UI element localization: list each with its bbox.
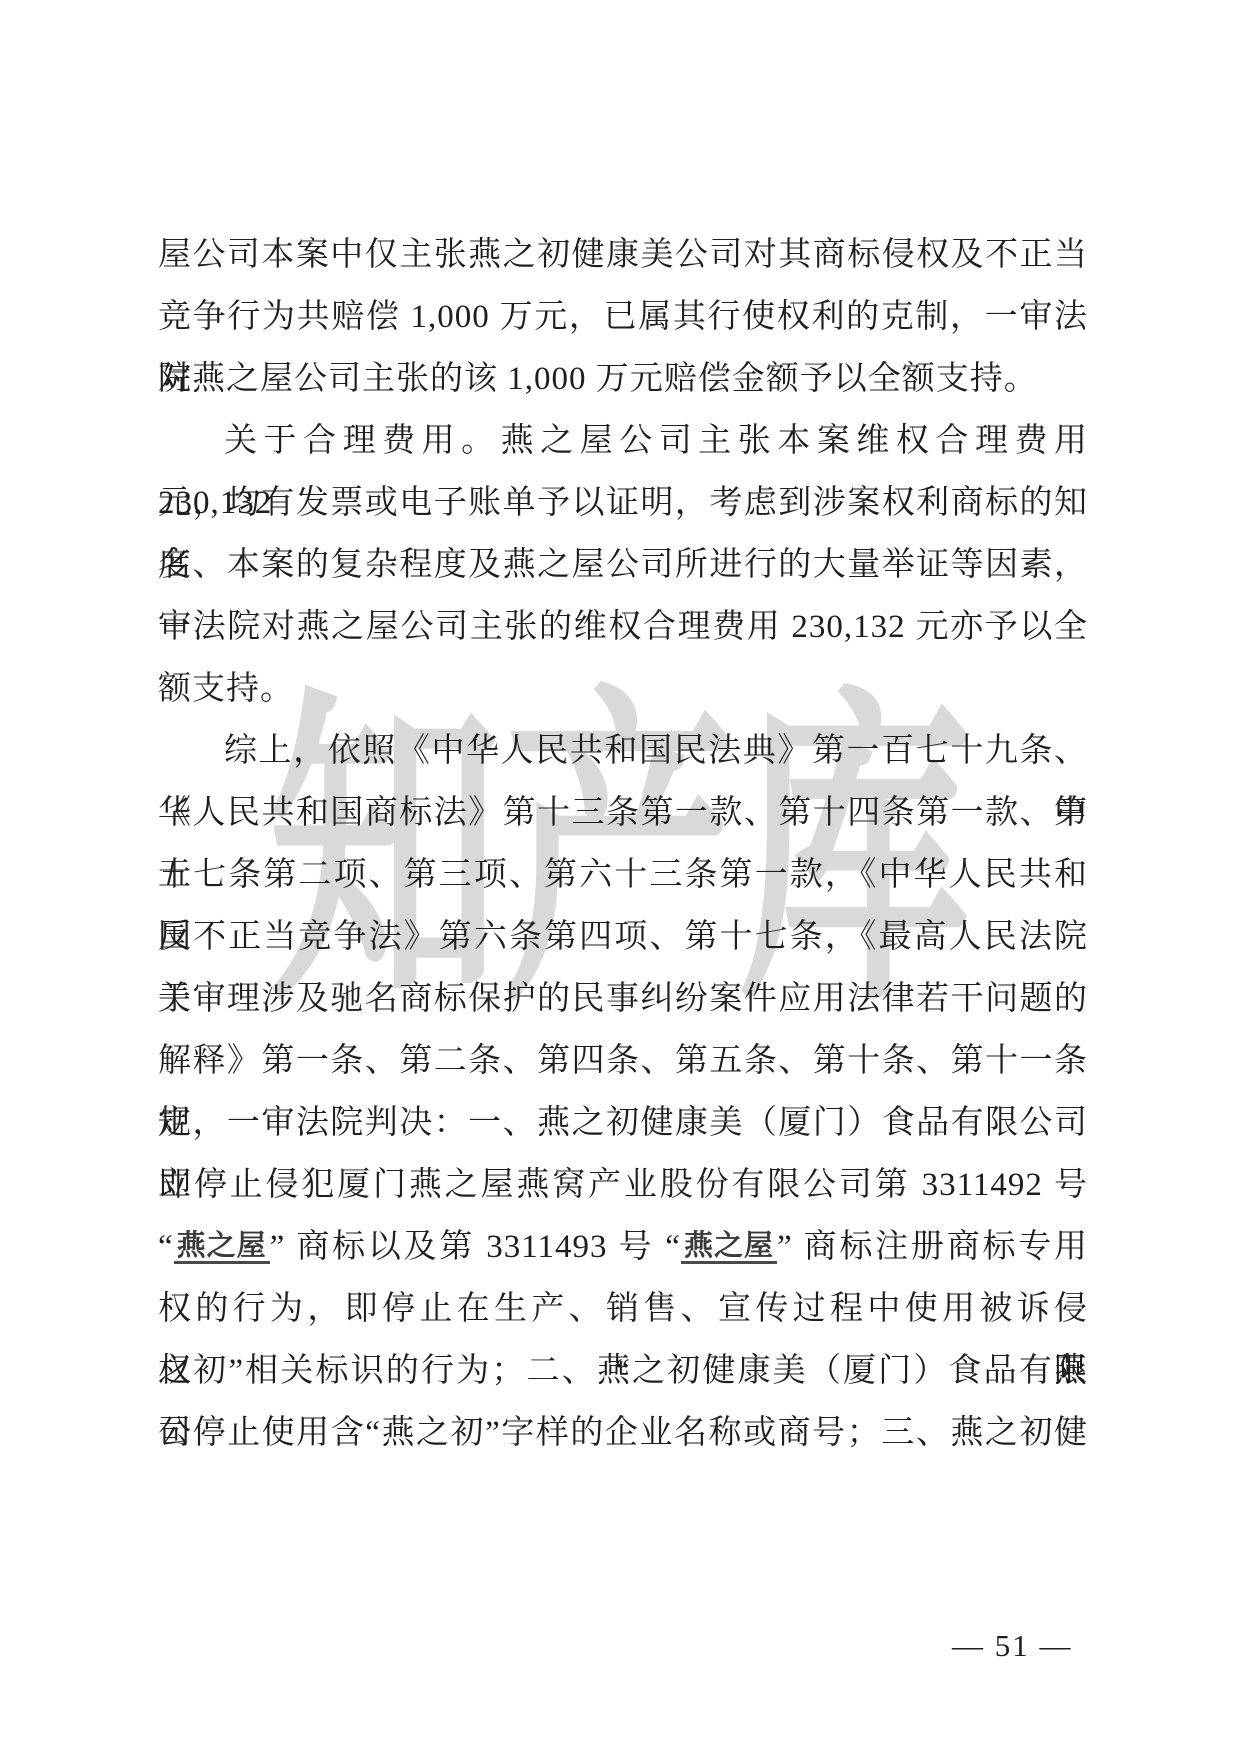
- text-line: 权的行为，即停止在生产、销售、宣传过程中使用被诉侵权“燕: [158, 1278, 1088, 1340]
- text-line: 度、本案的复杂程度及燕之屋公司所进行的大量举证等因素，一: [158, 534, 1088, 596]
- text-line: 竞争行为共赔偿 1,000 万元，已属其行使权利的克制，一审法院: [158, 286, 1088, 348]
- text-line: “燕之屋” 商标以及第 3311493 号 “燕之屋” 商标注册商标专用: [158, 1216, 1088, 1278]
- yanzhiwu-trademark-logo: 燕之屋: [681, 1231, 777, 1264]
- text-line: 屋公司本案中仅主张燕之初健康美公司对其商标侵权及不正当: [158, 224, 1088, 286]
- text-line: 元，均有发票或电子账单予以证明，考虑到涉案权利商标的知名: [158, 472, 1088, 534]
- yanzhiwu-trademark-logo: 燕之屋: [174, 1231, 270, 1264]
- text-line: 之初”相关标识的行为；二、燕之初健康美（厦门）食品有限公: [158, 1340, 1088, 1402]
- judgment-page: 知产库 屋公司本案中仅主张燕之初健康美公司对其商标侵权及不正当竞争行为共赔偿 1…: [0, 0, 1240, 1753]
- text-line: 额支持。: [158, 658, 1088, 720]
- text-line: 解释》第一条、第二条、第四条、第五条、第十条、第十一条规: [158, 1030, 1088, 1092]
- text-line: 华人民共和国商标法》第十三条第一款、第十四条第一款、第五: [158, 782, 1088, 844]
- text-line: 对燕之屋公司主张的该 1,000 万元赔偿金额予以全额支持。: [158, 348, 1088, 410]
- text-line: 于审理涉及驰名商标保护的民事纠纷案件应用法律若干问题的: [158, 968, 1088, 1030]
- text-line: 综上，依照《中华人民共和国民法典》第一百七十九条、《中: [158, 720, 1088, 782]
- text-line: 审法院对燕之屋公司主张的维权合理费用 230,132 元亦予以全: [158, 596, 1088, 658]
- document-lines: 屋公司本案中仅主张燕之初健康美公司对其商标侵权及不正当竞争行为共赔偿 1,000…: [158, 224, 1088, 1464]
- text-line: 司停止使用含“燕之初”字样的企业名称或商号；三、燕之初健: [158, 1402, 1088, 1464]
- text-line: 即停止侵犯厦门燕之屋燕窝产业股份有限公司第 3311492 号: [158, 1154, 1088, 1216]
- text-line: 定，一审法院判决：一、燕之初健康美（厦门）食品有限公司立: [158, 1092, 1088, 1154]
- page-number: — 51 —: [952, 1628, 1073, 1664]
- text-line: 关于合理费用。燕之屋公司主张本案维权合理费用 230,132: [158, 410, 1088, 472]
- text-line: 十七条第二项、第三项、第六十三条第一款，《中华人民共和国: [158, 844, 1088, 906]
- text-line: 反不正当竞争法》第六条第四项、第十七条，《最高人民法院关: [158, 906, 1088, 968]
